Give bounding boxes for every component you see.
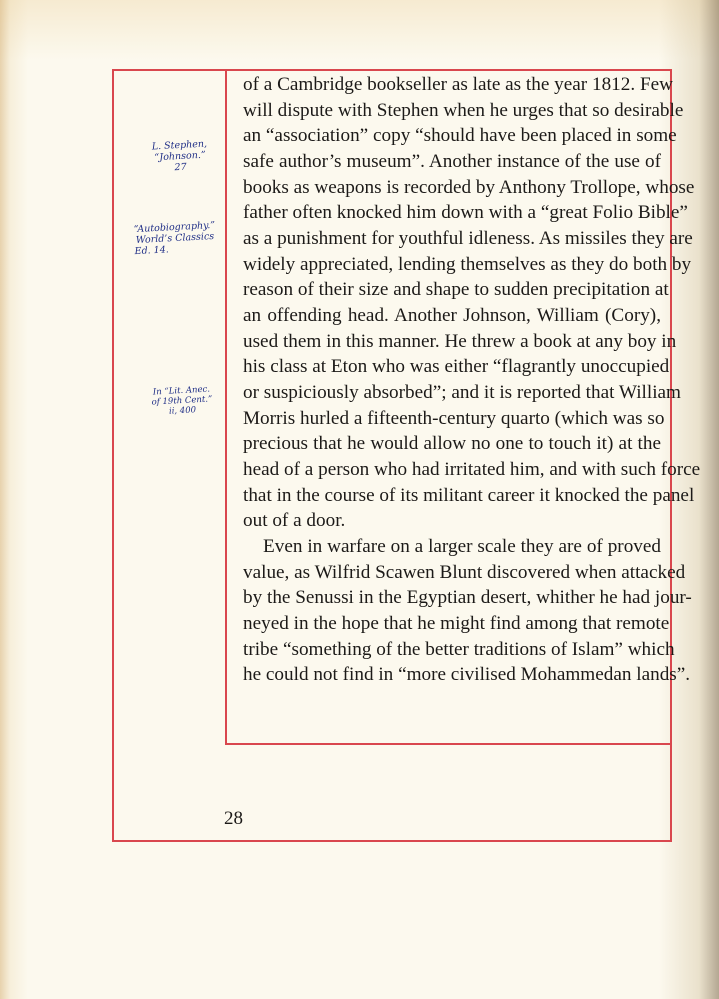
text-line: neyed in the hope that he might find amo… <box>243 612 661 636</box>
text-line: he could not find in “more civilised Moh… <box>243 663 661 687</box>
text-line: by the Senussi in the Egyptian desert, w… <box>243 586 661 610</box>
text-line: used them in this manner. He threw a boo… <box>243 330 661 354</box>
text-line: precious that he would allow no one to t… <box>243 432 661 456</box>
margin-note-autobiography: “Autobiography.” World’s Classics Ed. 14… <box>125 219 225 257</box>
frame-top-rule <box>112 69 672 71</box>
text-block-bottom-rule <box>225 743 671 745</box>
text-line-paragraph-start: Even in warfare on a larger scale they a… <box>243 535 661 559</box>
text-line: books as weapons is recorded by Anthony … <box>243 176 661 200</box>
text-line: widely appreciated, lending themselves a… <box>243 253 661 277</box>
text-line: an “association” copy “should have been … <box>243 124 661 148</box>
text-line: Morris hurled a fifteenth-century quarto… <box>243 407 661 431</box>
text-line: safe author’s museum”. Another instance … <box>243 150 661 174</box>
text-line: value, as Wilfrid Scawen Blunt discovere… <box>243 561 661 585</box>
text-line: reason of their size and shape to sudden… <box>243 278 661 302</box>
text-line: that in the course of its militant caree… <box>243 484 661 508</box>
text-line: as a punishment for youthful idleness. A… <box>243 227 661 251</box>
frame-bottom-rule <box>112 840 672 842</box>
text-line: will dispute with Stephen when he urges … <box>243 99 661 123</box>
text-line: of a Cambridge bookseller as late as the… <box>243 73 661 97</box>
text-line: head of a person who had irritated him, … <box>243 458 661 482</box>
page-number: 28 <box>224 808 243 830</box>
margin-note-lit-anec: In “Lit. Anec. of 19th Cent.” ii, 400 <box>145 384 218 418</box>
frame-left-rule <box>112 69 114 842</box>
text-line: an offending head. Another Johnson, Will… <box>243 304 661 328</box>
text-line: father often knocked him down with a “gr… <box>243 201 661 225</box>
text-line: or suspiciously absorbed”; and it is rep… <box>243 381 661 405</box>
text-line: his class at Eton who was either “flagra… <box>243 355 661 379</box>
margin-note-stephen-johnson: L. Stephen, “Johnson.” 27 <box>139 138 221 175</box>
text-line: out of a door. <box>243 509 661 533</box>
margin-divider-rule <box>225 69 227 745</box>
text-line: tribe “something of the better tradition… <box>243 638 661 662</box>
